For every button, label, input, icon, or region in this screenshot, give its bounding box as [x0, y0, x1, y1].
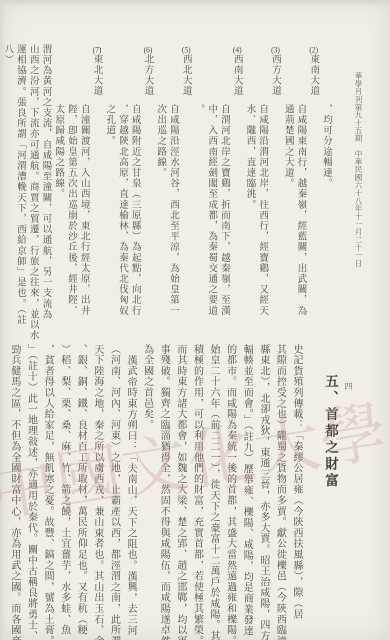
text-column: (5)西北大道: [179, 44, 192, 354]
list-item-number: (7): [93, 46, 102, 54]
scan-edge-shadow-top: [0, 0, 390, 6]
text-column: 太原歸咸陽之路線。: [52, 44, 65, 354]
text-column: （河南、河內、河東）之地，止霸產以西，都涇渭之南，此所謂: [105, 344, 122, 640]
text-column: 」（註十）此一地理敍述，亦適用於秦代。關中古稱良將勇士、: [22, 344, 39, 640]
text-column: 始皇二十六年（前二二一），徙天下之豪富十二萬戶於咸陽。其: [204, 344, 221, 640]
section-heading: 五、首都之財富: [320, 374, 340, 490]
bottom-text-register: 史記貨殖列傳載：「秦繆公居雍（今陝西扶風縣），隙（居其隙而控受之也）隴蜀之貨物而…: [2, 344, 304, 640]
text-column: (3)西方大道: [268, 44, 281, 354]
text-column: 事殘破。獨齊之臨淄猶得全，然固不得與咸陽伍，而咸陽遂卓然: [155, 344, 172, 640]
text-column: 自渭河北岸之寶鷄，折而南下，越秦嶺，至漢: [217, 44, 230, 354]
text-column: (6)北方大道: [141, 44, 154, 354]
text-column: 。: [192, 44, 205, 354]
text-column: 自咸陽東南行，越秦嶺，經藍關，出武關，為: [294, 44, 307, 354]
text-column: 其隙而控受之也）隴蜀之貨物而多賈。獻公徙櫟邑（今陝西臨潼: [271, 344, 288, 640]
text-column: ，貧者得以人給家足，無飢寒之憂。故豐、鎬之間，號為土膏。: [39, 344, 56, 640]
text-column: 自咸陽沿渭河北岸，往西行，經寶鷄，又經天: [256, 44, 269, 354]
text-column: 中，入西南經劍閣至成都，為秦蜀交通之要道: [205, 44, 218, 354]
text-column: 通荊楚國之大道。: [281, 44, 294, 354]
journal-header-line: 華學月刊第九十五期 中華民國六十八年十一月二十一日: [353, 72, 364, 272]
text-column: 的都市。而咸陽為秦統一後的首都，其盛大當然遠過雍和櫟陽。: [221, 344, 238, 640]
text-column: 勁兵健馬之區，不但為全國財富中心，亦為用武之國。而各國豪: [5, 344, 22, 640]
list-item-number: (4): [233, 46, 242, 54]
scanned-journal-page: 華學月刊第九十五期 中華民國六十八年十一月二十一日 四 ，均可分途暢達。(2)東…: [0, 0, 390, 640]
text-column: 史記貨殖列傳載：「秦繆公居雍（今陝西扶風縣），隙（居: [287, 344, 304, 640]
text-column: 山西之汾河，下流亦可通航。商賈之貿遷，行旅之往來，並以水: [26, 44, 39, 354]
text-column: 水、隴西，直達臨洮。: [243, 44, 256, 354]
text-column: 自潼關渡河，入山西境，東北行經太原，出井: [77, 44, 90, 354]
text-column: 天下陸海之地，秦之所以虜西戎、兼山東者也。其山出玉石、金: [88, 344, 105, 640]
text-column: 漢武帝時東方朔曰：「夫南山，天下之阻也。漢興，去三河: [121, 344, 138, 640]
text-column: 輻輳並至而會。」（註九）歷舉雍、櫟陽、咸陽，均是商業發達: [238, 344, 255, 640]
text-column: 自咸陽附近之甘泉（三原縣）為起點，向北行: [128, 44, 141, 354]
text-column: (4)西南大道: [230, 44, 243, 354]
text-column: 次出巡之路線。: [154, 44, 167, 354]
text-column: ，穿越陝北高原，直達榆林，為秦代北伐匈奴: [115, 44, 128, 354]
text-column: (2)東南大道: [307, 44, 320, 354]
list-item-number: (5): [182, 46, 191, 54]
text-column: 為全國之首邑矣。: [138, 344, 155, 640]
list-item-number: (2): [309, 46, 318, 54]
list-item-number: (6): [144, 46, 153, 54]
text-column: 縣東北），北卻戎狄，東通三晉，亦多大賈。昭王治咸陽，四方: [254, 344, 271, 640]
text-column: 八）: [1, 44, 14, 354]
text-column: 而其時東方諸大都會，如魏之大梁、楚之郢、趙之邯鄲，均以軍: [171, 344, 188, 640]
text-column: 、銀、銅、鐵、良材百工所取材，萬民所仰足也。又有秔（粳: [72, 344, 89, 640]
text-column: 運相協濟。張良所謂「河渭漕輓天下，西給京師」是也。（註: [13, 44, 26, 354]
folio-page-number: 四: [343, 382, 354, 390]
text-column: 積極的作用，可以利用他們的財富，充實首都，若使極其繁榮。: [188, 344, 205, 640]
text-column: (7)東北大道: [90, 44, 103, 354]
text-column: 陘，卽始皇第五次出巡崩於沙丘後，經井陘、: [64, 44, 77, 354]
text-column: 之孔道。: [103, 44, 116, 354]
top-text-register: ，均可分途暢達。(2)東南大道自咸陽東南行，越秦嶺，經藍關，出武關，為通荊楚國之…: [0, 44, 332, 354]
text-column: ）稻、梨、栗、桑、麻、竹、箭之饒，土宜薑芋，水多蛙、魚: [55, 344, 72, 640]
list-item-number: (3): [271, 46, 280, 54]
text-column: 自咸陽沿涇水河谷，西北至平涼，為始皇第一: [166, 44, 179, 354]
text-column: 渭河為黃河之支流，自咸陽至潼關，可以通航，另一支流為: [39, 44, 52, 354]
text-column: ，均可分途暢達。: [319, 44, 332, 354]
